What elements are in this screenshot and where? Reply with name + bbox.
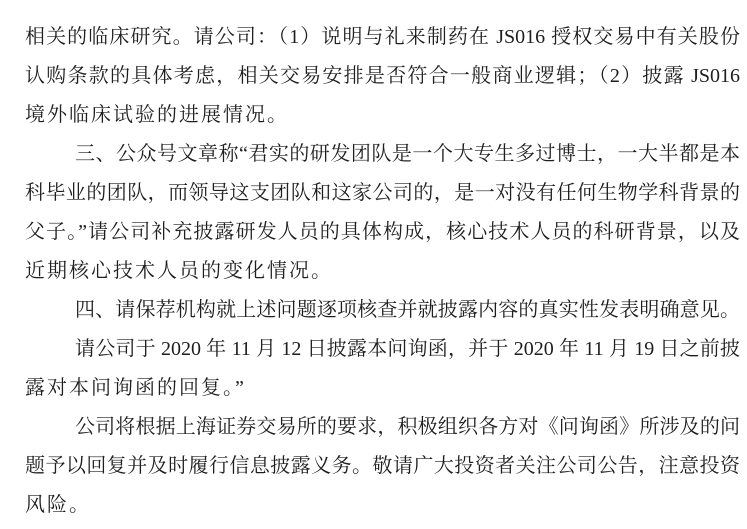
text-line: 三、公众号文章称“君实的研发团队是一个大专生多过博士，一大半都是本 <box>25 135 740 174</box>
text-line: 近期核心技术人员的变化情况。 <box>25 252 740 291</box>
text-line: 父子。”请公司补充披露研发人员的具体构成，核心技术人员的科研背景，以及 <box>25 213 740 252</box>
text-line: 请公司于 2020 年 11 月 12 日披露本问询函，并于 2020 年 11… <box>25 330 740 369</box>
text-line: 科毕业的团队，而领导这支团队和这家公司的，是一对没有任何生物学科背景的 <box>25 174 740 213</box>
text-line: 露对本问询函的回复。” <box>25 369 740 408</box>
text-line: 认购条款的具体考虑，相关交易安排是否符合一般商业逻辑；（2）披露 JS016 <box>25 57 740 96</box>
text-line: 公司将根据上海证券交易所的要求，积极组织各方对《问询函》所涉及的问 <box>25 408 740 447</box>
text-line: 境外临床试验的进展情况。 <box>25 96 740 135</box>
text-line: 题予以回复并及时履行信息披露义务。敬请广大投资者关注公司公告，注意投资 <box>25 447 740 486</box>
text-line: 四、请保荐机构就上述问题逐项核查并就披露内容的真实性发表明确意见。 <box>25 291 740 330</box>
text-line: 相关的临床研究。请公司：（1）说明与礼来制药在 JS016 授权交易中有关股份 <box>25 18 740 57</box>
document-body: 相关的临床研究。请公司：（1）说明与礼来制药在 JS016 授权交易中有关股份认… <box>25 18 740 525</box>
document-page: 相关的临床研究。请公司：（1）说明与礼来制药在 JS016 授权交易中有关股份认… <box>0 0 747 529</box>
text-line: 风险。 <box>25 486 740 525</box>
